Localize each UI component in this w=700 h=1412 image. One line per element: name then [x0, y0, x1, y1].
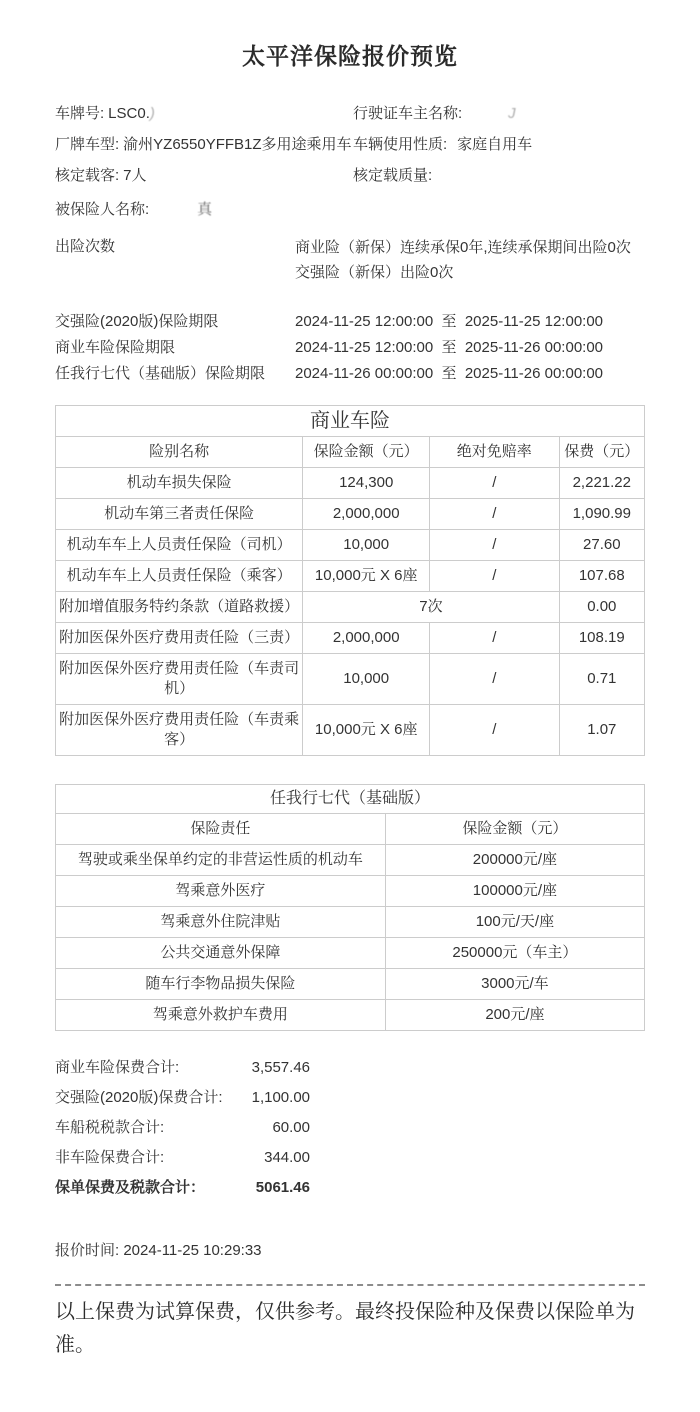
- dashed-divider: [55, 1284, 645, 1286]
- cell-name: 附加医保外医疗费用责任险（三责）: [56, 623, 303, 654]
- model-label: 厂牌车型:: [55, 136, 119, 153]
- seats-value: 7人: [123, 167, 146, 184]
- cell-amount: 100000元/座: [385, 876, 644, 907]
- model-value: 渝州YZ6550YFFB1Z多用途乘用车: [123, 136, 351, 153]
- table-row: 附加医保外医疗费用责任险（车责司机） 10,000 / 0.71: [56, 654, 645, 705]
- cell-deductible: /: [430, 499, 560, 530]
- total-label: 商业车险保费合计:: [55, 1059, 245, 1076]
- table-header-row: 险别名称 保险金额（元） 绝对免赔率 保费（元）: [56, 437, 645, 468]
- col-header-deductible: 绝对免赔率: [430, 437, 560, 468]
- table-row: 附加医保外医疗费用责任险（三责） 2,000,000 / 108.19: [56, 623, 645, 654]
- total-row-non-vehicle: 非车险保费合计: 344.00: [55, 1149, 645, 1166]
- cell-deductible: /: [430, 530, 560, 561]
- period-label: 商业车险保险期限: [55, 335, 295, 361]
- period-label: 任我行七代（基础版）保险期限: [55, 361, 295, 387]
- cell-amount: 10,000元 X 6座: [303, 561, 430, 592]
- table-row: 驾乘意外医疗 100000元/座: [56, 876, 645, 907]
- usage-field: 车辆使用性质:家庭自用车: [353, 136, 645, 154]
- period-row-commercial: 商业车险保险期限 2024-11-25 12:00:00 至 2025-11-2…: [55, 335, 645, 361]
- cell-liability: 驾乘意外医疗: [56, 876, 386, 907]
- info-row-model-usage: 厂牌车型:渝州YZ6550YFFB1Z多用途乘用车 车辆使用性质:家庭自用车: [55, 136, 645, 154]
- col-header-liability: 保险责任: [56, 814, 386, 845]
- cell-amount: 250000元（车主）: [385, 938, 644, 969]
- table-row: 附加增值服务特约条款（道路救援） 7次 0.00: [56, 592, 645, 623]
- usage-value: 家庭自用车: [457, 136, 532, 153]
- grand-total-value: 5061.46: [245, 1179, 310, 1196]
- cell-deductible: /: [430, 654, 560, 705]
- redacted-mark: 真: [197, 201, 212, 218]
- total-row-commercial: 商业车险保费合计: 3,557.46: [55, 1059, 645, 1076]
- table-header-row: 保险责任 保险金额（元）: [56, 814, 645, 845]
- load-field: 核定载质量:: [353, 167, 645, 185]
- col-header-amount: 保险金额（元）: [385, 814, 644, 845]
- quote-time-value: 2024-11-25 10:29:33: [123, 1242, 261, 1259]
- cell-deductible: /: [430, 623, 560, 654]
- table-title-row: 任我行七代（基础版）: [56, 785, 645, 814]
- cell-amount: 10,000: [303, 530, 430, 561]
- cell-liability: 随车行李物品损失保险: [56, 969, 386, 1000]
- period-section: 交强险(2020版)保险期限 2024-11-25 12:00:00 至 202…: [55, 309, 645, 387]
- period-row-compulsory: 交强险(2020版)保险期限 2024-11-25 12:00:00 至 202…: [55, 309, 645, 335]
- cell-amount: 100元/天/座: [385, 907, 644, 938]
- redacted-mark: ): [150, 105, 155, 122]
- redacted-mark: J: [508, 105, 516, 122]
- total-value: 60.00: [245, 1119, 310, 1136]
- cell-liability: 驾乘意外住院津贴: [56, 907, 386, 938]
- info-row-plate-owner: 车牌号:LSC0.) 行驶证车主名称:J: [55, 105, 645, 123]
- cell-amount: 2,000,000: [303, 499, 430, 530]
- cell-name: 机动车车上人员责任保险（司机）: [56, 530, 303, 561]
- period-label: 交强险(2020版)保险期限: [55, 309, 295, 335]
- seats-label: 核定载客:: [55, 167, 119, 184]
- total-value: 344.00: [245, 1149, 310, 1166]
- insured-label: 被保险人名称:: [55, 201, 149, 218]
- totals-section: 商业车险保费合计: 3,557.46 交强险(2020版)保费合计: 1,100…: [55, 1059, 645, 1196]
- claims-label: 出险次数: [55, 235, 295, 285]
- cell-amount-span: 7次: [303, 592, 559, 623]
- cell-premium: 108.19: [559, 623, 644, 654]
- cell-name: 机动车第三者责任保险: [56, 499, 303, 530]
- cell-name: 附加增值服务特约条款（道路救援）: [56, 592, 303, 623]
- cell-premium: 1.07: [559, 705, 644, 756]
- quote-time: 报价时间: 2024-11-25 10:29:33: [55, 1242, 645, 1260]
- plate-value: LSC0.: [108, 105, 150, 122]
- total-value: 3,557.46: [245, 1059, 310, 1076]
- plate-label: 车牌号:: [55, 105, 104, 122]
- table-row: 机动车车上人员责任保险（司机） 10,000 / 27.60: [56, 530, 645, 561]
- cell-amount: 200000元/座: [385, 845, 644, 876]
- col-header-amount: 保险金额（元）: [303, 437, 430, 468]
- insured-field: 被保险人名称:真: [55, 201, 645, 219]
- cell-amount: 2,000,000: [303, 623, 430, 654]
- cell-liability: 驾乘意外救护车费用: [56, 1000, 386, 1031]
- col-header-premium: 保费（元）: [559, 437, 644, 468]
- total-label: 车船税税款合计:: [55, 1119, 245, 1136]
- col-header-name: 险别名称: [56, 437, 303, 468]
- cell-premium: 0.71: [559, 654, 644, 705]
- claims-value: 商业险（新保）连续承保0年,连续承保期间出险0次 交强险（新保）出险0次: [295, 235, 645, 285]
- table-row: 随车行李物品损失保险 3000元/车: [56, 969, 645, 1000]
- cell-name: 机动车车上人员责任保险（乘客）: [56, 561, 303, 592]
- table-row: 机动车第三者责任保险 2,000,000 / 1,090.99: [56, 499, 645, 530]
- seats-field: 核定载客:7人: [55, 167, 353, 185]
- period-value: 2024-11-25 12:00:00 至 2025-11-26 00:00:0…: [295, 335, 645, 361]
- cell-name: 附加医保外医疗费用责任险（车责司机）: [56, 654, 303, 705]
- period-value: 2024-11-26 00:00:00 至 2025-11-26 00:00:0…: [295, 361, 645, 387]
- cell-amount: 10,000: [303, 654, 430, 705]
- quote-preview-document: 太平洋保险报价预览 车牌号:LSC0.) 行驶证车主名称:J 厂牌车型:渝州YZ…: [0, 0, 700, 1412]
- table-row: 驾乘意外住院津贴 100元/天/座: [56, 907, 645, 938]
- total-label: 非车险保费合计:: [55, 1149, 245, 1166]
- table-title-row: 商业车险: [56, 406, 645, 437]
- table-row: 驾乘意外救护车费用 200元/座: [56, 1000, 645, 1031]
- cell-premium: 27.60: [559, 530, 644, 561]
- disclaimer-text: 以上保费为试算保费，仅供参考。最终投保险种及保费以保险单为准。: [55, 1296, 645, 1362]
- cell-amount: 124,300: [303, 468, 430, 499]
- rider-insurance-table: 任我行七代（基础版） 保险责任 保险金额（元） 驾驶或乘坐保单约定的非营运性质的…: [55, 784, 645, 1031]
- total-row-vehicle-tax: 车船税税款合计: 60.00: [55, 1119, 645, 1136]
- total-label: 交强险(2020版)保费合计:: [55, 1089, 245, 1106]
- cell-premium: 107.68: [559, 561, 644, 592]
- cell-liability: 驾驶或乘坐保单约定的非营运性质的机动车: [56, 845, 386, 876]
- load-label: 核定载质量:: [353, 167, 432, 184]
- owner-label: 行驶证车主名称:: [353, 105, 462, 122]
- usage-label: 车辆使用性质:: [353, 136, 447, 153]
- rider-table-title: 任我行七代（基础版）: [56, 785, 645, 814]
- cell-premium: 0.00: [559, 592, 644, 623]
- plate-field: 车牌号:LSC0.): [55, 105, 353, 123]
- info-row-insured: 被保险人名称:真: [55, 201, 645, 219]
- claims-line-compulsory: 交强险（新保）出险0次: [295, 260, 645, 285]
- cell-amount: 200元/座: [385, 1000, 644, 1031]
- total-value: 1,100.00: [245, 1089, 310, 1106]
- table-row: 机动车损失保险 124,300 / 2,221.22: [56, 468, 645, 499]
- table-row: 驾驶或乘坐保单约定的非营运性质的机动车 200000元/座: [56, 845, 645, 876]
- cell-deductible: /: [430, 561, 560, 592]
- cell-amount: 3000元/车: [385, 969, 644, 1000]
- period-row-rider: 任我行七代（基础版）保险期限 2024-11-26 00:00:00 至 202…: [55, 361, 645, 387]
- cell-deductible: /: [430, 705, 560, 756]
- quote-time-label: 报价时间:: [55, 1242, 119, 1259]
- table-row: 公共交通意外保障 250000元（车主）: [56, 938, 645, 969]
- info-row-seats-load: 核定载客:7人 核定载质量:: [55, 167, 645, 185]
- cell-amount: 10,000元 X 6座: [303, 705, 430, 756]
- page-title: 太平洋保险报价预览: [55, 38, 645, 71]
- claims-line-commercial: 商业险（新保）连续承保0年,连续承保期间出险0次: [295, 235, 645, 260]
- table-row: 附加医保外医疗费用责任险（车责乘客） 10,000元 X 6座 / 1.07: [56, 705, 645, 756]
- owner-field: 行驶证车主名称:J: [353, 105, 645, 123]
- period-value: 2024-11-25 12:00:00 至 2025-11-25 12:00:0…: [295, 309, 645, 335]
- cell-premium: 2,221.22: [559, 468, 644, 499]
- cell-name: 机动车损失保险: [56, 468, 303, 499]
- commercial-table-title: 商业车险: [56, 406, 645, 437]
- total-row-compulsory: 交强险(2020版)保费合计: 1,100.00: [55, 1089, 645, 1106]
- claims-row: 出险次数 商业险（新保）连续承保0年,连续承保期间出险0次 交强险（新保）出险0…: [55, 235, 645, 285]
- cell-name: 附加医保外医疗费用责任险（车责乘客）: [56, 705, 303, 756]
- cell-premium: 1,090.99: [559, 499, 644, 530]
- grand-total-label: 保单保费及税款合计：: [55, 1179, 245, 1196]
- cell-deductible: /: [430, 468, 560, 499]
- table-row: 机动车车上人员责任保险（乘客） 10,000元 X 6座 / 107.68: [56, 561, 645, 592]
- total-row-grand: 保单保费及税款合计： 5061.46: [55, 1179, 645, 1196]
- cell-liability: 公共交通意外保障: [56, 938, 386, 969]
- commercial-insurance-table: 商业车险 险别名称 保险金额（元） 绝对免赔率 保费（元） 机动车损失保险 12…: [55, 405, 645, 756]
- model-field: 厂牌车型:渝州YZ6550YFFB1Z多用途乘用车: [55, 136, 353, 154]
